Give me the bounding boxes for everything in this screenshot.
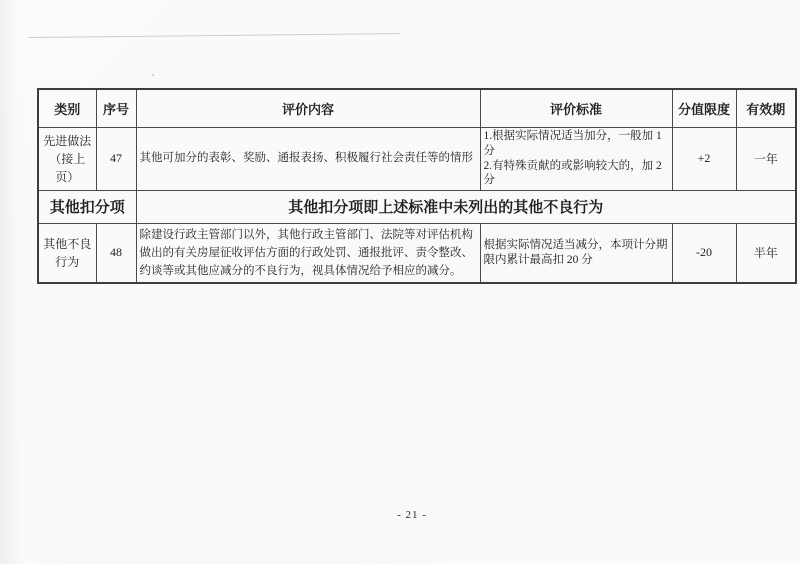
cell-standard: 1.根据实际情况适当加分，一般加 1 分 2.有特殊贡献的或影响较大的，加 2 … (480, 127, 672, 190)
scan-speck (322, 57, 323, 58)
cell-score-limit: -20 (672, 223, 736, 283)
cell-category: 其他不良 行为 (38, 223, 96, 283)
col-header-seq: 序号 (96, 89, 136, 127)
cell-category: 先进做法 （接上页） (38, 127, 96, 190)
scan-speck (152, 74, 154, 76)
cell-content: 除建设行政主管部门以外，其他行政主管部门、法院等对评估机构做出的有关房屋征收评估… (136, 223, 480, 283)
evaluation-table: 类别 序号 评价内容 评价标准 分值限度 有效期 先进做法 （接上页） 47 其… (37, 88, 797, 284)
section-description-cell: 其他扣分项即上述标准中未列出的其他不良行为 (136, 190, 796, 223)
cell-standard: 根据实际情况适当减分，本项计分期限内累计最高扣 20 分 (480, 223, 672, 283)
section-label-cell: 其他扣分项 (38, 190, 136, 223)
col-header-content: 评价内容 (136, 89, 480, 127)
scan-artifact-line (28, 33, 400, 38)
cell-validity: 一年 (736, 127, 796, 190)
col-header-standard: 评价标准 (480, 89, 672, 127)
document-page: 类别 序号 评价内容 评价标准 分值限度 有效期 先进做法 （接上页） 47 其… (0, 0, 800, 564)
col-header-validity: 有效期 (736, 89, 796, 127)
cell-validity: 半年 (736, 223, 796, 283)
cell-content: 其他可加分的表彰、奖励、通报表扬、积极履行社会责任等的情形 (136, 127, 480, 190)
table-row-48: 其他不良 行为 48 除建设行政主管部门以外，其他行政主管部门、法院等对评估机构… (38, 223, 796, 283)
section-row: 其他扣分项 其他扣分项即上述标准中未列出的其他不良行为 (38, 190, 796, 223)
page-number: - 21 - (0, 509, 800, 521)
cell-seq: 48 (96, 223, 136, 283)
col-header-category: 类别 (38, 89, 96, 127)
table-header-row: 类别 序号 评价内容 评价标准 分值限度 有效期 (38, 89, 796, 127)
cell-seq: 47 (96, 127, 136, 190)
scan-edge-shading (0, 0, 20, 564)
table-row-47: 先进做法 （接上页） 47 其他可加分的表彰、奖励、通报表扬、积极履行社会责任等… (38, 127, 796, 190)
col-header-score-limit: 分值限度 (672, 89, 736, 127)
cell-score-limit: +2 (672, 127, 736, 190)
